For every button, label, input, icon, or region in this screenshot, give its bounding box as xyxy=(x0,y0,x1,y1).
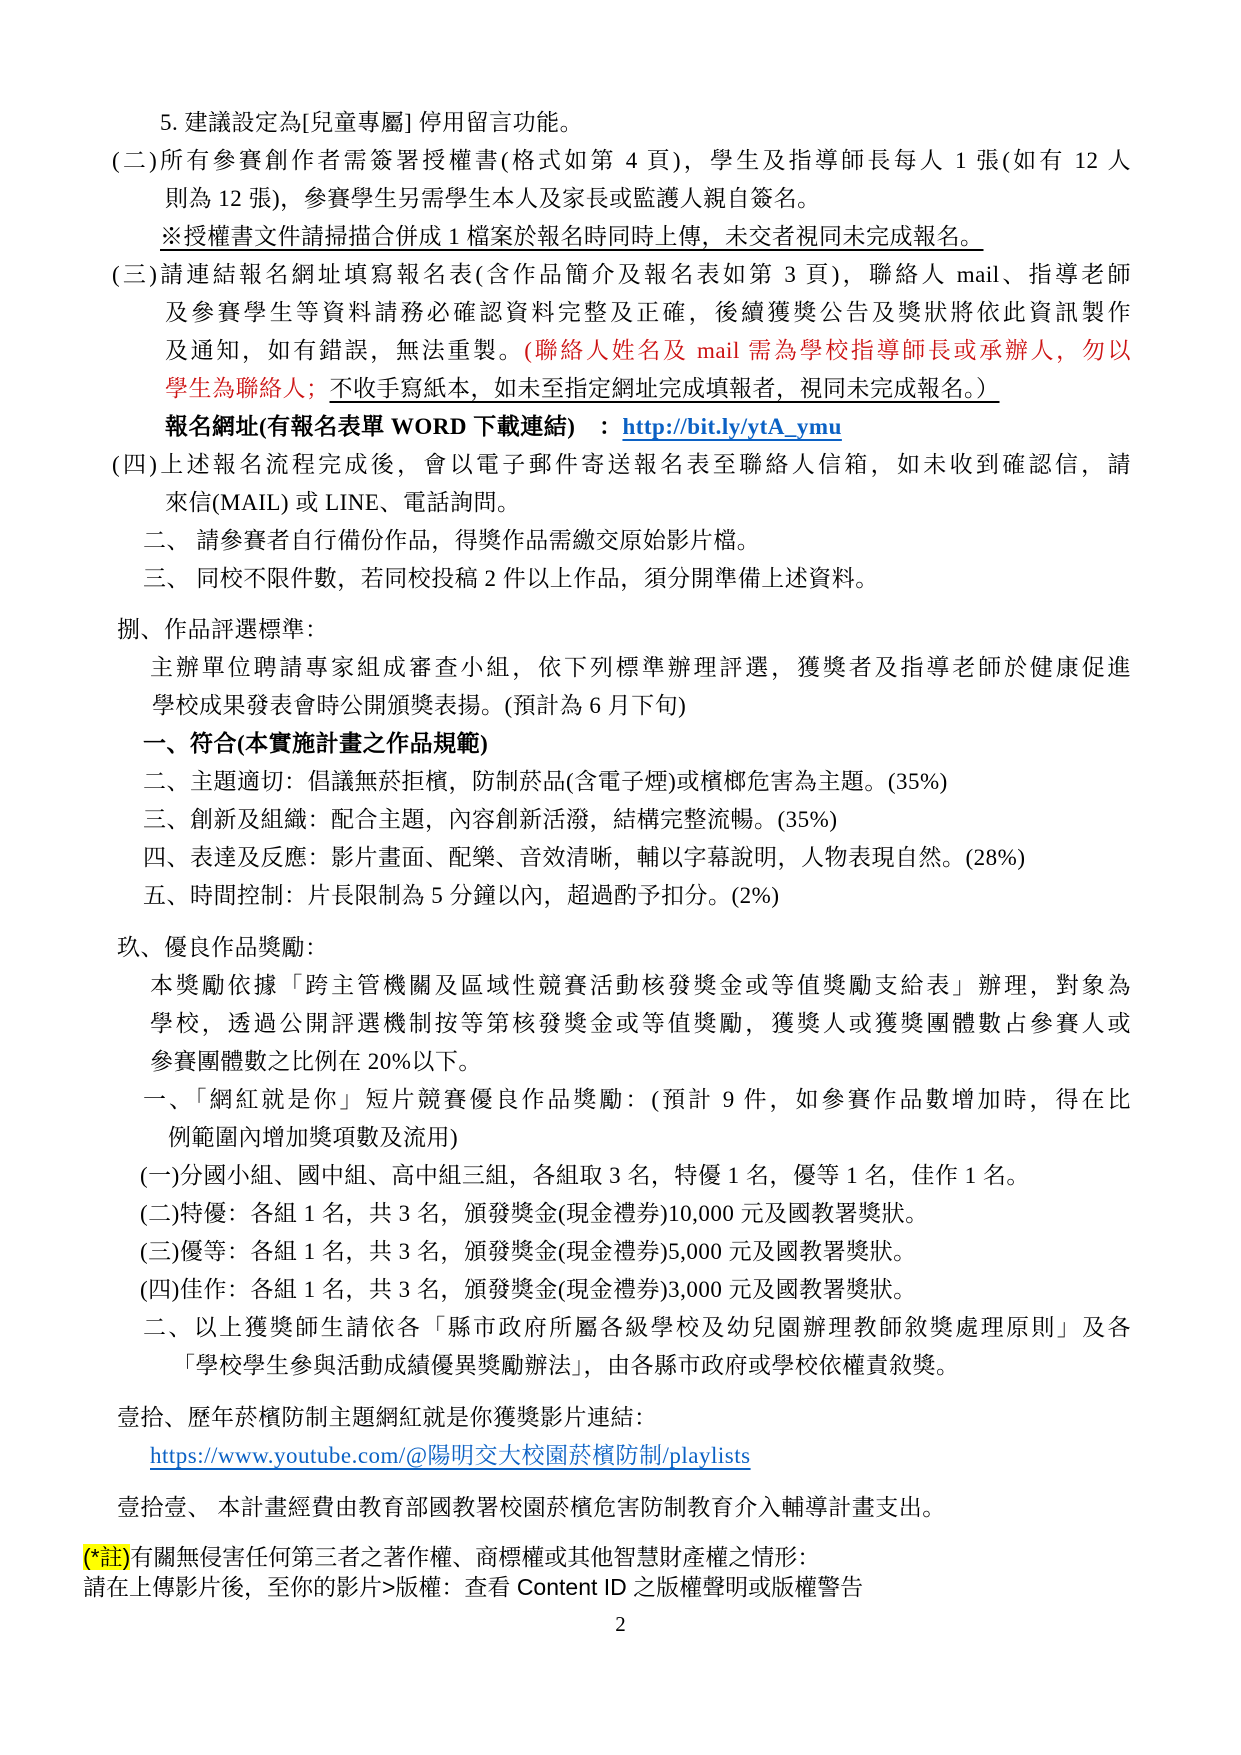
text-line: (二)所有參賽創作者需簽署授權書(格式如第 4 頁)，學生及指導師長每人 1 張… xyxy=(0,142,1131,180)
text-line: 報名網址(有報名表單 WORD 下載連結) ：http://bit.ly/ytA… xyxy=(0,408,1131,446)
text-run: 請在上傳影片後，至你的影片>版權：查看 Content ID 之版權聲明或版權警… xyxy=(83,1574,863,1600)
text-line: 二、以上獲獎師生請依各「縣市政府所屬各級學校及幼兒園辦理教師敘獎處理原則」及各 xyxy=(0,1309,1131,1347)
text-run: 四、表達及反應：影片畫面、配樂、音效清晰，輔以字幕說明，人物表現自然。(28%) xyxy=(143,845,1025,870)
text-line: 請在上傳影片後，至你的影片>版權：查看 Content ID 之版權聲明或版權警… xyxy=(0,1572,1131,1602)
text-line: 則為 12 張)，參賽學生另需學生本人及家長或監護人親自簽名。 xyxy=(0,180,1131,218)
text-line: 二、 請參賽者自行備份作品，得獎作品需繳交原始影片檔。 xyxy=(0,522,1131,560)
text-line: 學校，透過公開評選機制按等第核發獎金或等值獎勵，獲獎人或獲獎團體數占參賽人或 xyxy=(0,1005,1131,1043)
text-run: 三、 同校不限件數，若同校投稿 2 件以上作品，須分開準備上述資料。 xyxy=(143,566,879,591)
text-run: ： xyxy=(575,414,622,439)
text-run: 不收手寫紙本，如未至指定網址完成填報者，視同未完成報名。） xyxy=(330,376,1000,401)
text-run: 一、「網紅就是你」短片競賽優良作品獎勵：(預計 9 件，如參賽作品數增加時，得在… xyxy=(143,1087,1131,1112)
text-line: 例範圍內增加獎項數及流用) xyxy=(0,1119,1131,1157)
text-run: (一)分國小組、國中組、高中組三組，各組取 3 名，特優 1 名，優等 1 名，… xyxy=(140,1163,1030,1188)
text-line: 一、符合(本實施計畫之作品規範) xyxy=(0,725,1131,763)
text-run: 來信(MAIL) 或 LINE、電話詢問。 xyxy=(165,490,520,515)
text-line: 四、表達及反應：影片畫面、配樂、音效清晰，輔以字幕說明，人物表現自然。(28%) xyxy=(0,839,1131,877)
text-line: 捌、作品評選標準： xyxy=(0,611,1131,649)
text-run: (三)優等：各組 1 名，共 3 名，頒發獎金(現金禮券)5,000 元及國教署… xyxy=(140,1239,917,1264)
text-line: 「學校學生參與活動成績優異獎勵辦法」，由各縣市政府或學校依權責敘獎。 xyxy=(0,1347,1131,1385)
text-line: (一)分國小組、國中組、高中組三組，各組取 3 名，特優 1 名，優等 1 名，… xyxy=(0,1157,1131,1195)
text-run: 三、創新及組織：配合主題，內容創新活潑，結構完整流暢。(35%) xyxy=(143,807,837,832)
text-line: 壹拾、歷年菸檳防制主題網紅就是你獲獎影片連結： xyxy=(0,1399,1131,1437)
text-run: 二、 請參賽者自行備份作品，得獎作品需繳交原始影片檔。 xyxy=(143,528,760,553)
text-run: (四)佳作：各組 1 名，共 3 名，頒發獎金(現金禮券)3,000 元及國教署… xyxy=(140,1277,917,1302)
text-run: 則為 12 張)，參賽學生另需學生本人及家長或監護人親自簽名。 xyxy=(165,186,821,211)
text-line: 及參賽學生等資料請務必確認資料完整及正確，後續獲獎公告及獎狀將依此資訊製作 xyxy=(0,294,1131,332)
text-line: 三、 同校不限件數，若同校投稿 2 件以上作品，須分開準備上述資料。 xyxy=(0,560,1131,598)
text-line: 三、創新及組織：配合主題，內容創新活潑，結構完整流暢。(35%) xyxy=(0,801,1131,839)
text-run: (四)上述報名流程完成後，會以電子郵件寄送報名表至聯絡人信箱，如未收到確認信，請 xyxy=(112,452,1131,477)
text-line: 5. 建議設定為[兒童專屬] 停用留言功能。 xyxy=(0,104,1131,142)
registration-link[interactable]: http://bit.ly/ytA_ymu xyxy=(622,414,841,439)
text-run: 捌、作品評選標準： xyxy=(117,617,329,642)
text-line: 學校成果發表會時公開頒獎表揚。(預計為 6 月下旬) xyxy=(0,687,1131,725)
text-run: 本獎勵依據「跨主管機關及區域性競賽活動核發獎金或等值獎勵支給表」辦理，對象為 xyxy=(150,973,1131,998)
text-run: (二)特優：各組 1 名，共 3 名，頒發獎金(現金禮券)10,000 元及國教… xyxy=(140,1201,929,1226)
text-run: 報名網址(有報名表單 WORD 下載連結) xyxy=(165,414,575,439)
text-line: 壹拾壹、 本計畫經費由教育部國教署校園菸檳危害防制教育介入輔導計畫支出。 xyxy=(0,1489,1131,1527)
text-line: ※授權書文件請掃描合併成 1 檔案於報名時同時上傳，未交者視同未完成報名。 xyxy=(0,218,1131,256)
text-run: 玖、優良作品獎勵： xyxy=(117,935,329,960)
text-run: ※授權書文件請掃描合併成 1 檔案於報名時同時上傳，未交者視同未完成報名。 xyxy=(160,224,984,249)
text-run: 五、時間控制：片長限制為 5 分鐘以內，超過酌予扣分。(2%) xyxy=(143,883,779,908)
text-run: 及參賽學生等資料請務必確認資料完整及正確，後續獲獎公告及獎狀將依此資訊製作 xyxy=(165,300,1131,325)
text-run: 5. 建議設定為[兒童專屬] 停用留言功能。 xyxy=(160,110,583,135)
text-line: 一、「網紅就是你」短片競賽優良作品獎勵：(預計 9 件，如參賽作品數增加時，得在… xyxy=(0,1081,1131,1119)
text-run: 二、以上獲獎師生請依各「縣市政府所屬各級學校及幼兒園辦理教師敘獎處理原則」及各 xyxy=(143,1315,1131,1340)
text-run: 學生為聯絡人； xyxy=(165,376,330,401)
text-line: 來信(MAIL) 或 LINE、電話詢問。 xyxy=(0,484,1131,522)
text-line: 五、時間控制：片長限制為 5 分鐘以內，超過酌予扣分。(2%) xyxy=(0,877,1131,915)
text-run: 主辦單位聘請專家組成審查小組，依下列標準辦理評選，獲獎者及指導老師於健康促進 xyxy=(150,655,1131,680)
text-line: (四)佳作：各組 1 名，共 3 名，頒發獎金(現金禮券)3,000 元及國教署… xyxy=(0,1271,1131,1309)
text-line: (三)優等：各組 1 名，共 3 名，頒發獎金(現金禮券)5,000 元及國教署… xyxy=(0,1233,1131,1271)
text-line: (*註)有關無侵害任何第三者之著作權、商標權或其他智慧財產權之情形： xyxy=(0,1542,1131,1572)
text-line: 玖、優良作品獎勵： xyxy=(0,929,1131,967)
text-run: 壹拾壹、 本計畫經費由教育部國教署校園菸檳危害防制教育介入輔導計畫支出。 xyxy=(117,1495,946,1520)
text-line: (二)特優：各組 1 名，共 3 名，頒發獎金(現金禮券)10,000 元及國教… xyxy=(0,1195,1131,1233)
text-run: 一、符合(本實施計畫之作品規範) xyxy=(143,731,488,756)
youtube-playlist-link[interactable]: https://www.youtube.com/@陽明交大校園菸檳防制/play… xyxy=(150,1443,751,1468)
text-run: 「學校學生參與活動成績優異獎勵辦法」，由各縣市政府或學校依權責敘獎。 xyxy=(172,1353,960,1378)
note-highlight: (*註) xyxy=(83,1544,130,1570)
text-line: https://www.youtube.com/@陽明交大校園菸檳防制/play… xyxy=(0,1437,1131,1475)
text-line: 本獎勵依據「跨主管機關及區域性競賽活動核發獎金或等值獎勵支給表」辦理，對象為 xyxy=(0,967,1131,1005)
text-run: 學校成果發表會時公開頒獎表揚。(預計為 6 月下旬) xyxy=(152,693,686,718)
text-line: (三)請連結報名網址填寫報名表(含作品簡介及報名表如第 3 頁)，聯絡人 mai… xyxy=(0,256,1131,294)
text-run: 及通知，如有錯誤，無法重製。 xyxy=(165,338,524,363)
text-line: (四)上述報名流程完成後，會以電子郵件寄送報名表至聯絡人信箱，如未收到確認信，請 xyxy=(0,446,1131,484)
text-line: 及通知，如有錯誤，無法重製。(聯絡人姓名及 mail 需為學校指導師長或承辦人，… xyxy=(0,332,1131,370)
text-run: 例範圍內增加獎項數及流用) xyxy=(168,1125,458,1150)
text-run: (聯絡人姓名及 mail 需為學校指導師長或承辦人，勿以 xyxy=(524,338,1131,363)
text-run: 二、主題適切：倡議無菸拒檳，防制菸品(含電子煙)或檳榔危害為主題。(35%) xyxy=(143,769,948,794)
text-line: 學生為聯絡人；不收手寫紙本，如未至指定網址完成填報者，視同未完成報名。） xyxy=(0,370,1131,408)
text-run: (三)請連結報名網址填寫報名表(含作品簡介及報名表如第 3 頁)，聯絡人 mai… xyxy=(112,262,1131,287)
document-body: 5. 建議設定為[兒童專屬] 停用留言功能。(二)所有參賽創作者需簽署授權書(格… xyxy=(0,104,1131,1602)
text-run: 有關無侵害任何第三者之著作權、商標權或其他智慧財產權之情形： xyxy=(130,1544,820,1570)
text-line: 二、主題適切：倡議無菸拒檳，防制菸品(含電子煙)或檳榔危害為主題。(35%) xyxy=(0,763,1131,801)
text-run: 學校，透過公開評選機制按等第核發獎金或等值獎勵，獲獎人或獲獎團體數占參賽人或 xyxy=(150,1011,1131,1036)
document-page: 5. 建議設定為[兒童專屬] 停用留言功能。(二)所有參賽創作者需簽署授權書(格… xyxy=(0,0,1241,1755)
text-line: 主辦單位聘請專家組成審查小組，依下列標準辦理評選，獲獎者及指導老師於健康促進 xyxy=(0,649,1131,687)
page-number: 2 xyxy=(0,1612,1241,1637)
text-run: 壹拾、歷年菸檳防制主題網紅就是你獲獎影片連結： xyxy=(117,1405,658,1430)
text-run: (二)所有參賽創作者需簽署授權書(格式如第 4 頁)，學生及指導師長每人 1 張… xyxy=(112,148,1131,173)
text-line: 參賽團體數之比例在 20%以下。 xyxy=(0,1043,1131,1081)
text-run: 參賽團體數之比例在 20%以下。 xyxy=(150,1049,482,1074)
